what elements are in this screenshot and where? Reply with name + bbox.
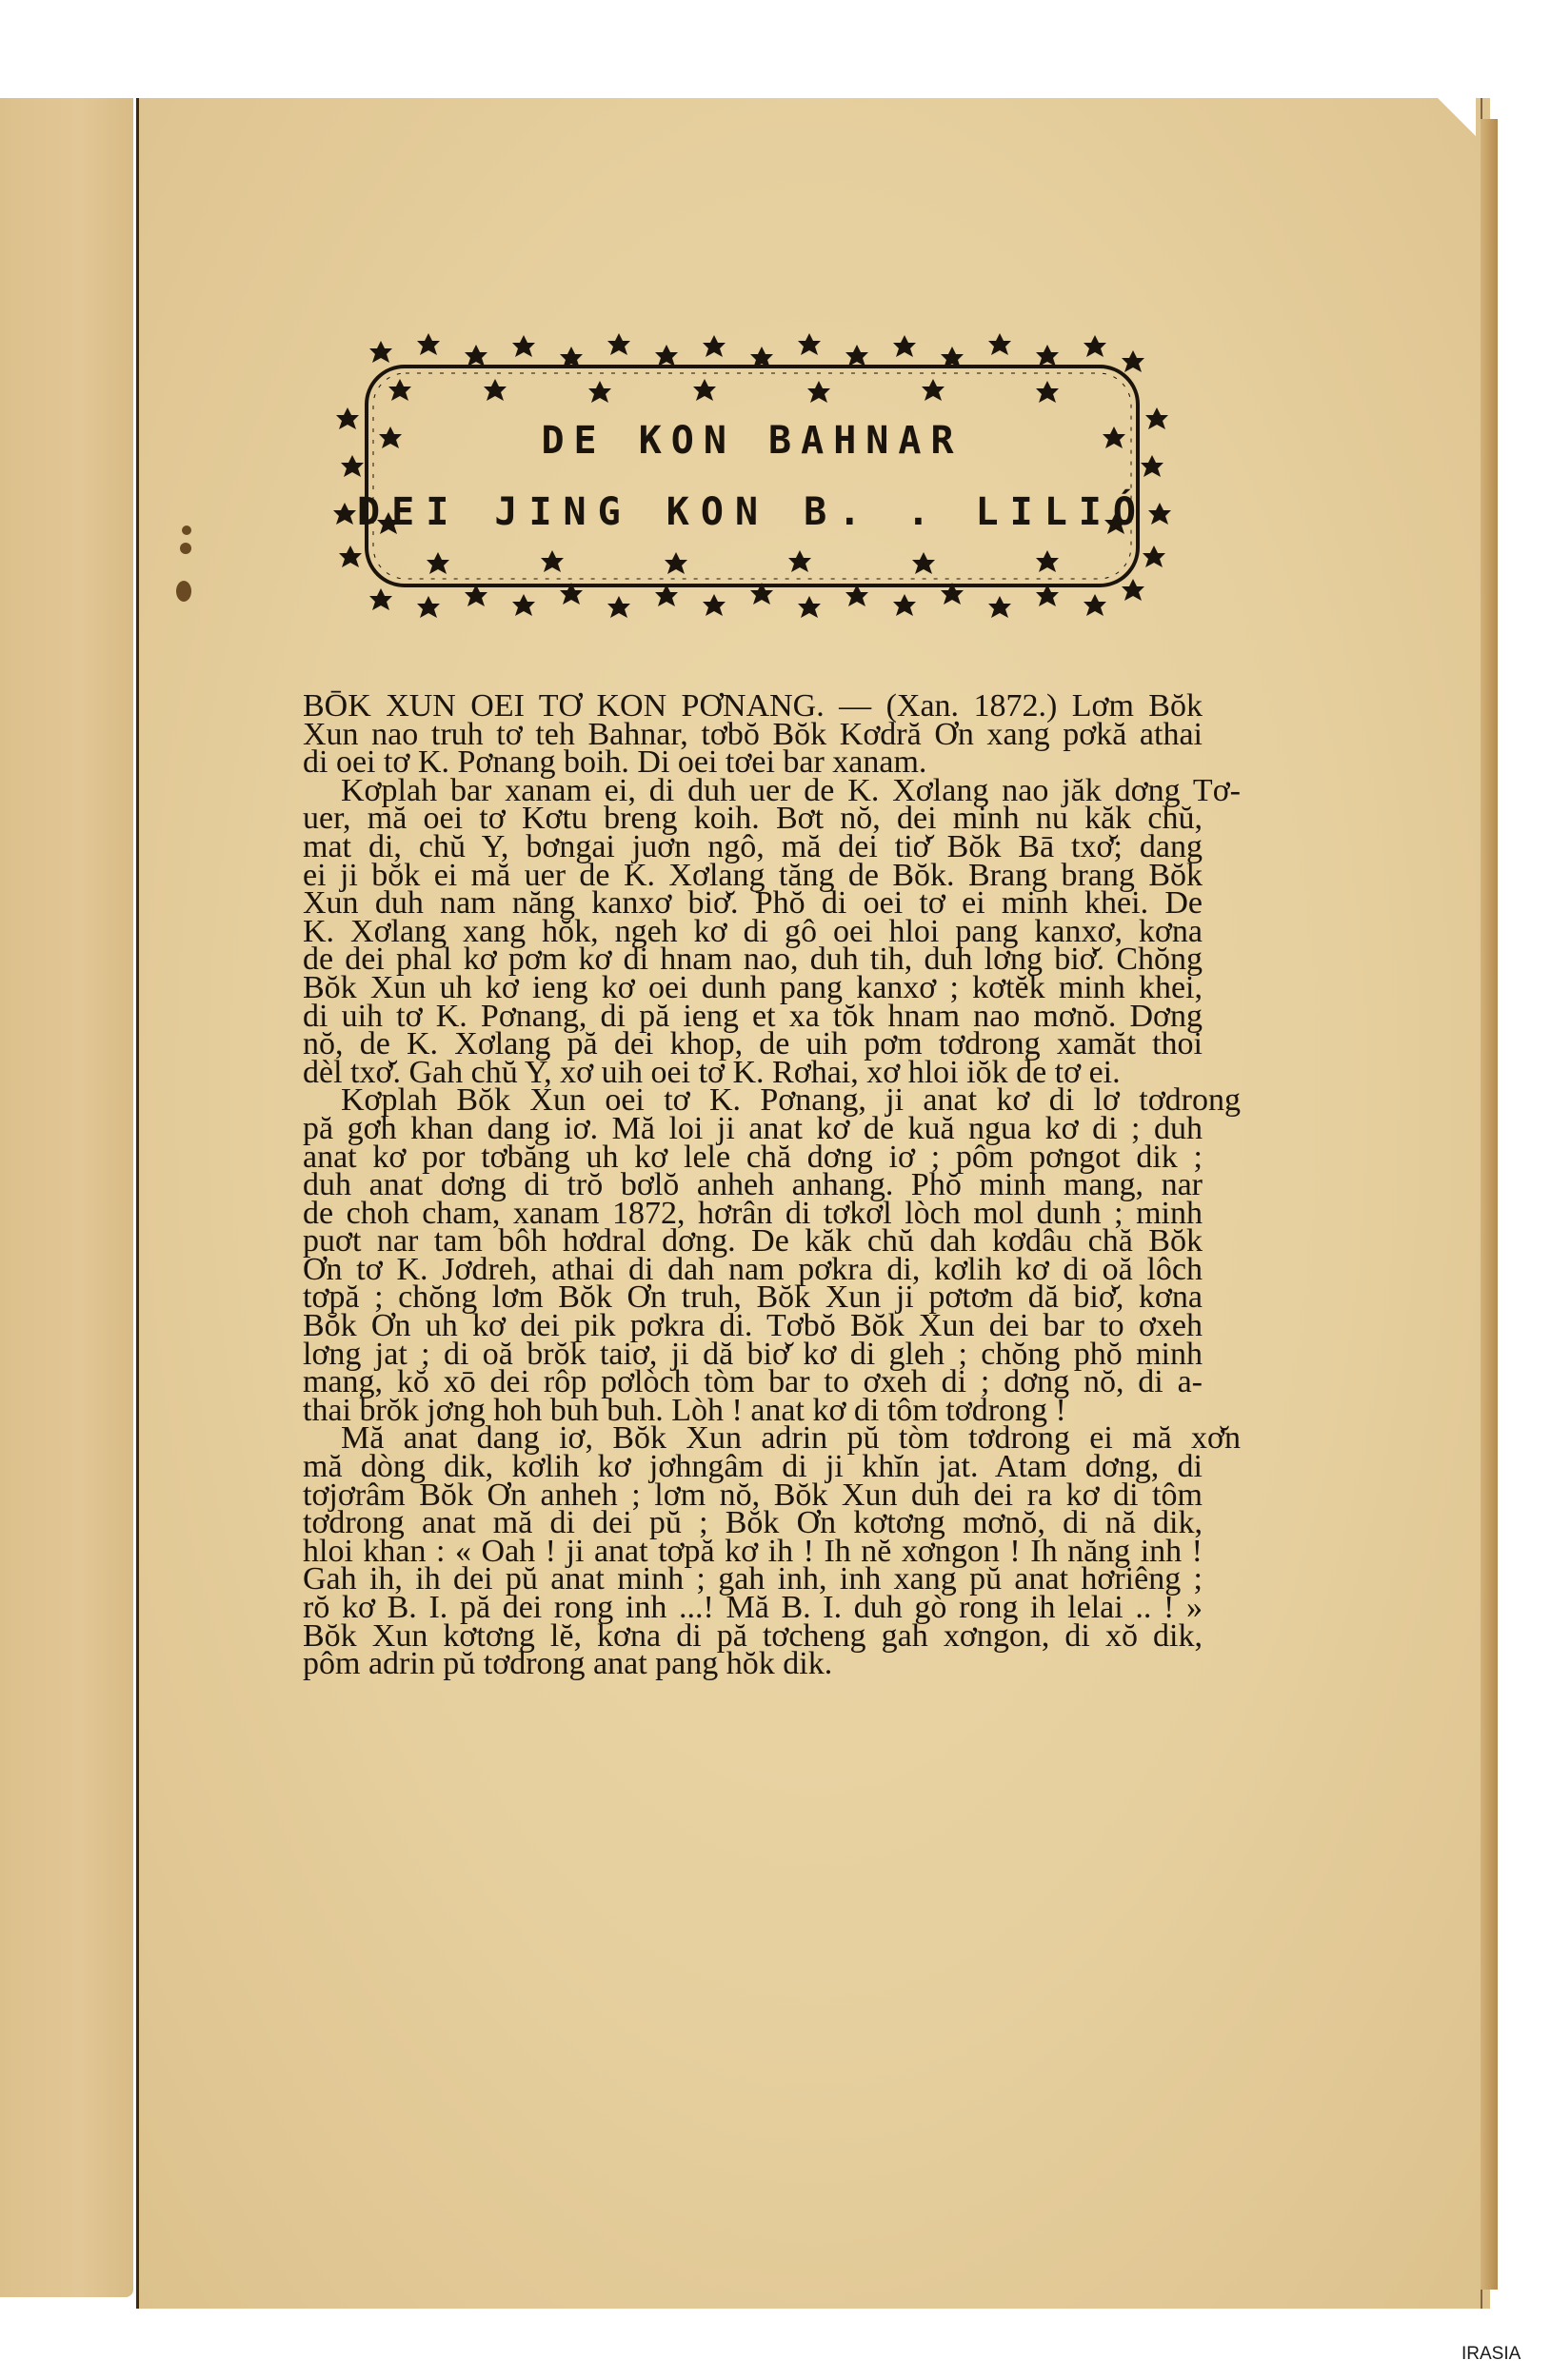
title-cartouche: DE KON BAHNAR DEI JING KON B. . LILIÓ	[324, 324, 1181, 628]
folded-corner	[1438, 98, 1476, 136]
archive-watermark: IRASIA	[1462, 2344, 1521, 2365]
document-subtitle: DEI JING KON B. . LILIÓ	[324, 490, 1181, 534]
document-title: DE KON BAHNAR	[324, 419, 1181, 463]
page-edge	[1481, 119, 1498, 2290]
facing-page-left	[0, 98, 133, 2297]
article-body: BŌK XUN OEI TƠ KON PƠNANG. — (Xan. 1872.…	[303, 692, 1203, 1678]
ivy-border-ornament-icon	[324, 324, 1181, 628]
text-line: pôm adrin pŭ tơdrong anat pang hŏk dik.	[303, 1650, 832, 1678]
